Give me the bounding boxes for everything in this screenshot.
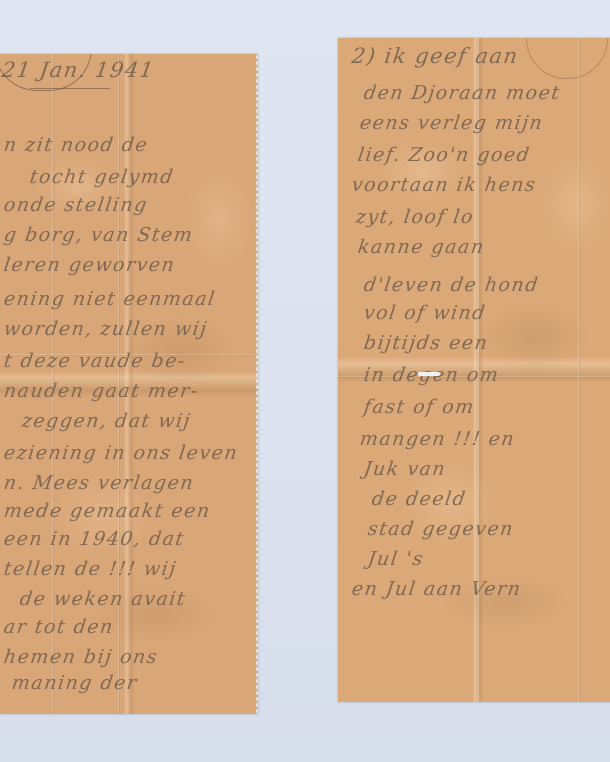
text-line: zyt, loof lo: [354, 206, 475, 228]
text-line: vol of wind: [362, 302, 487, 324]
letter-page-left: 21 Jan. 1941 n zit nood de tocht gelymd …: [0, 54, 258, 714]
text-line: Juk van: [362, 458, 447, 480]
text-line: mangen !!! en: [358, 428, 516, 450]
paper-tear: [418, 372, 440, 376]
text-line: zeggen, dat wij: [20, 410, 192, 432]
text-line: stad gegeven: [366, 518, 515, 540]
text-line: leren geworven: [2, 254, 176, 276]
text-line: n zit nood de: [2, 134, 149, 156]
text-line: Jul 's: [366, 548, 425, 570]
text-line: hemen bij ons: [2, 646, 159, 668]
text-line: d'leven de hond: [362, 274, 540, 296]
text-line: de deeld: [370, 488, 467, 510]
text-line: tellen de !!! wij: [2, 558, 178, 580]
text-line: ar tot den: [2, 616, 115, 638]
text-line: bijtijds een: [362, 332, 490, 354]
text-line: onde stelling: [2, 194, 149, 216]
text-line: een in 1940, dat: [2, 528, 186, 550]
text-line: worden, zullen wij: [2, 318, 209, 340]
text-line: eens verleg mijn: [358, 112, 544, 134]
text-line: n. Mees verlagen: [2, 472, 195, 494]
letter-date: 21 Jan. 1941: [0, 58, 156, 82]
text-line: g borg, van Stem: [2, 224, 194, 246]
text-line: mede gemaakt een: [2, 500, 212, 522]
text-line: maning der: [10, 672, 139, 694]
text-line: de weken avait: [18, 588, 187, 610]
text-line: den Djoraan moet: [362, 82, 562, 104]
corner-arc-mark: [526, 38, 608, 79]
text-line: en Jul aan Vern: [350, 578, 523, 600]
text-line: tocht gelymd: [28, 166, 175, 188]
text-line: eziening in ons leven: [2, 442, 239, 464]
text-line: lief. Zoo'n goed: [356, 144, 532, 166]
text-line: ening niet eenmaal: [2, 288, 217, 310]
perforated-edge: [255, 54, 258, 714]
date-underline: [30, 88, 110, 89]
text-line: voortaan ik hens: [350, 174, 537, 196]
text-line: nauden gaat mer-: [2, 380, 200, 402]
letter-page-right: 2) ik geef aan den Djoraan moet eens ver…: [338, 38, 610, 702]
text-line: t deze vaude be-: [2, 350, 187, 372]
page-number-header: 2) ik geef aan: [350, 44, 520, 68]
text-line: kanne gaan: [356, 236, 486, 258]
text-line: fast of om: [362, 396, 476, 418]
paper-crease: [578, 38, 580, 702]
